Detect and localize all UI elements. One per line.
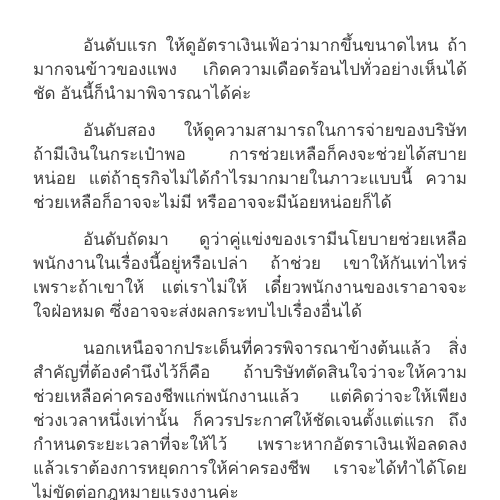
paragraph-inflation-rate: อันดับแรก ให้ดูอัตราเงินเฟ้อว่ามากขึ้นขน…: [33, 34, 467, 106]
document-body: อันดับแรก ให้ดูอัตราเงินเฟ้อว่ามากขึ้นขน…: [33, 34, 467, 500]
paragraph-company-ability-to-pay: อันดับสอง ให้ดูความสามารถในการจ่ายของบริ…: [33, 119, 467, 215]
document-page: อันดับแรก ให้ดูอัตราเงินเฟ้อว่ามากขึ้นขน…: [0, 0, 500, 500]
paragraph-competitor-policy: อันดับถัดมา ดูว่าคู่แข่งของเรามีนโยบายช่…: [33, 228, 467, 324]
paragraph-time-limit-announcement: นอกเหนือจากประเด็นที่ควรพิจารณาข้างต้นแล…: [33, 337, 467, 500]
